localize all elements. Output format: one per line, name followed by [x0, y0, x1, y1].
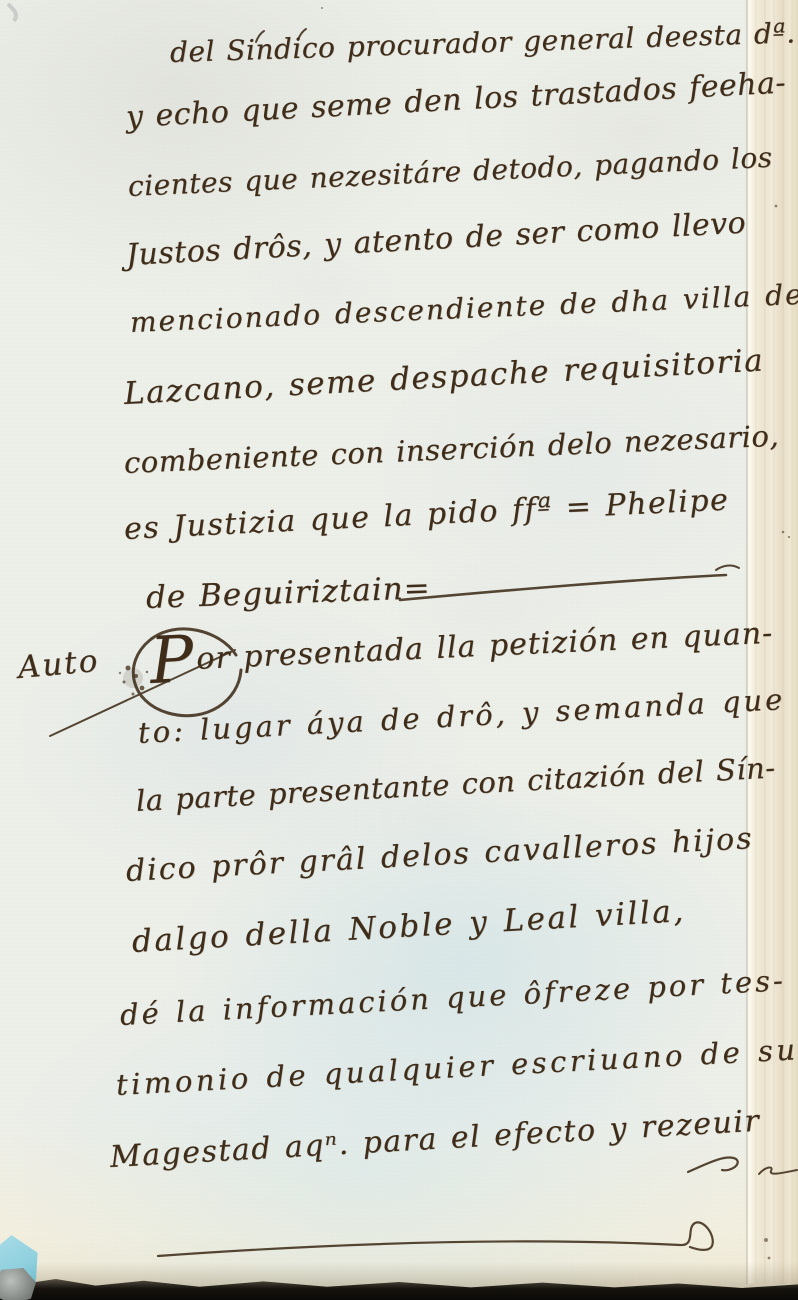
margin-note-auto: Auto — [16, 643, 100, 686]
manuscript-scan: del Sindico procurador general deesta dª… — [0, 0, 798, 1300]
